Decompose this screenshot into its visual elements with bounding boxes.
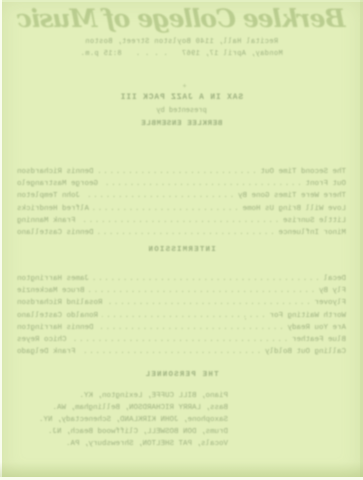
intermission-heading: INTERMISSION — [0, 246, 363, 254]
time-text: 8:15 p.m. — [80, 50, 121, 58]
ensemble-name: BERKLEE ENSEMBLE — [0, 120, 363, 128]
credit-name: Ronaldo Castellano — [17, 310, 98, 322]
presented-by-label: presented by — [0, 107, 363, 115]
song-title: Fly By — [319, 285, 346, 297]
college-logo: Berklee College of Music — [0, 4, 363, 33]
dotted-leader: ........................................… — [93, 273, 319, 285]
dotted-leader: ........................................… — [84, 190, 234, 202]
paper-edge-bottom-shadow — [0, 462, 363, 477]
program-list-second-half: Decal...................................… — [17, 273, 346, 358]
personnel-line: Bass, LARRY RICHARDSON, Bellingham, WA. — [20, 402, 228, 414]
date-line: Monday, April 17, 1967 . . . . 8:15 p.m. — [0, 50, 363, 58]
song-title: Flyover — [314, 297, 346, 309]
credit-name: Dennis Castellano — [17, 227, 94, 239]
dotted-leader: ........................................… — [93, 203, 238, 215]
dotted-leader: ........................................… — [98, 227, 275, 239]
credit-name: James Harrington — [17, 273, 89, 285]
date-separator-dots — [168, 50, 182, 58]
song-title: The Second Time Out — [260, 166, 346, 178]
personnel-block: Piano, BILL CUFFE, Lexington, KY.Bass, L… — [20, 390, 228, 450]
dotted-leader: ........................................… — [89, 285, 315, 297]
dotted-leader: ........................................… — [80, 346, 261, 358]
date-dots: . . . . — [135, 50, 167, 58]
song-title: Worth Waiting For — [269, 310, 346, 322]
scanned-program-page: Berklee College of Music Recital Hall, 1… — [0, 0, 363, 480]
program-row: Are You Ready...........................… — [17, 322, 346, 334]
program-row: Decal...................................… — [17, 273, 346, 285]
program-row: Little Sunrise..........................… — [17, 215, 346, 227]
date-text: Monday, April 17, 1967 — [182, 50, 283, 58]
program-row: Out Front...............................… — [17, 178, 346, 190]
credit-name: Alfred Hendricks — [17, 203, 89, 215]
song-title: Love Will Bring Us Home — [242, 203, 346, 215]
program-row: Blue Feather............................… — [17, 334, 346, 346]
song-title: Are You Ready — [287, 322, 346, 334]
bleed-through-content: Berklee College of Music Recital Hall, 1… — [0, 0, 363, 480]
venue-line: Recital Hall, 1140 Boylston Street, Bost… — [0, 38, 363, 46]
credit-name: Dennis Richardson — [17, 166, 94, 178]
song-title: Decal — [323, 273, 346, 285]
personnel-heading: THE PERSONNEL — [0, 371, 363, 379]
song-title: Out Front — [305, 178, 346, 190]
dotted-leader: ........................................… — [71, 334, 288, 346]
dotted-leader: ........................................… — [107, 297, 311, 309]
song-title: Calling Out Boldly — [265, 346, 346, 358]
ink-smudge-small: · — [243, 318, 248, 323]
personnel-line: Drums, DON BOSWELL, Cliffwood Beach, NJ. — [20, 426, 228, 438]
dotted-leader: ........................................… — [98, 166, 257, 178]
program-row: There Were Times Gone By................… — [17, 190, 346, 202]
credit-name: Chico Reyes — [17, 334, 67, 346]
program-row: Love Will Bring Us Home.................… — [17, 203, 346, 215]
program-list-first-half: The Second Time Out.....................… — [17, 166, 346, 239]
credit-name: John Templeton — [17, 190, 80, 202]
concert-title: SAX IN A JAZZ PACK III — [0, 93, 363, 102]
ink-smudge: + — [182, 85, 187, 90]
program-row: Flyover.................................… — [17, 297, 346, 309]
personnel-line: Saxophone, JOHN KIRKLAND, Schenectady, N… — [20, 414, 228, 426]
credit-name: Frank Manning — [17, 215, 76, 227]
program-row: The Second Time Out.....................… — [17, 166, 346, 178]
song-title: Little Sunrise — [283, 215, 346, 227]
dotted-leader: ........................................… — [80, 215, 279, 227]
paper-edge-top — [0, 0, 363, 2]
credit-name: Frank Delgado — [17, 346, 76, 358]
credit-name: Rosalind Richardson — [17, 297, 103, 309]
credit-name: George Mastrangelo — [17, 178, 98, 190]
dotted-leader: ........................................… — [102, 178, 301, 190]
song-title: Blue Feather — [292, 334, 346, 346]
song-title: Minor Influence — [278, 227, 346, 239]
credit-name: Bruce Mackenzie — [17, 285, 85, 297]
personnel-line: Vocals, PAT SHELTON, Shrewsbury, PA. — [20, 438, 228, 450]
program-row: Worth Waiting For.......................… — [17, 310, 346, 322]
program-row: Fly By..................................… — [17, 285, 346, 297]
dotted-leader: ........................................… — [98, 322, 284, 334]
program-row: Minor Influence.........................… — [17, 227, 346, 239]
credit-name: Dennis Harrington — [17, 322, 94, 334]
paper-edge-left — [0, 0, 2, 480]
dotted-leader: ........................................… — [102, 310, 265, 322]
program-row: Calling Out Boldly......................… — [17, 346, 346, 358]
time-gap — [122, 50, 136, 58]
song-title: There Were Times Gone By — [238, 190, 346, 202]
personnel-line: Piano, BILL CUFFE, Lexington, KY. — [20, 390, 228, 402]
